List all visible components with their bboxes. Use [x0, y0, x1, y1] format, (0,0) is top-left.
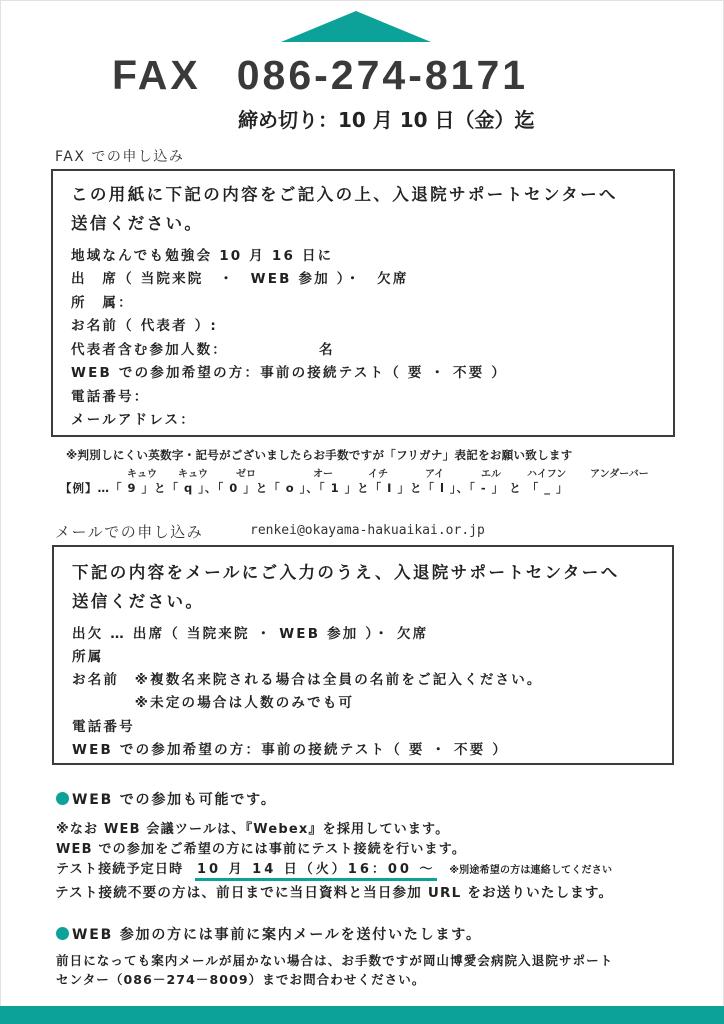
- reading-underbar: アンダーバー: [590, 465, 649, 480]
- mail-info-line-1: 前日になっても案内メールが届かない場合は、お手数ですが岡山博愛会病院入退院サポー…: [56, 951, 613, 969]
- web-info-line-2: WEB での参加をご希望の方には事前にテスト接続を行います。: [56, 838, 466, 857]
- web-info-line-1: ※なお WEB 会議ツールは、『Webex』を採用しています。: [56, 818, 449, 837]
- fax-section-label: FAX での申し込み: [55, 146, 184, 166]
- fax-lead-line-1: この用紙に下記の内容をご記入の上、入退院サポートセンターへ: [71, 181, 618, 205]
- test-note: ※別途希望の方は連絡してください: [449, 865, 612, 876]
- reading-q: キュウ: [178, 465, 208, 480]
- reading-l: エル: [481, 465, 501, 480]
- fax-item-web-test[interactable]: WEB での参加希望の方：事前の接続テスト（ 要 ・ 不要 ）: [71, 361, 507, 381]
- reading-9: キュウ: [127, 465, 157, 480]
- mail-form-box: 下記の内容をメールにご入力のうえ、入退院サポートセンターへ 送信ください。 出欠…: [52, 545, 674, 765]
- mail-lead-line-1: 下記の内容をメールにご入力のうえ、入退院サポートセンターへ: [72, 559, 620, 583]
- mail-item-phone: 電話番号: [72, 715, 135, 735]
- bullet-dot-icon: [56, 792, 69, 805]
- web-info-heading: WEB での参加も可能です。: [56, 789, 277, 809]
- test-datetime: 10 月 14 日（火）16：00 ～: [195, 862, 437, 881]
- reading-0: ゼロ: [236, 465, 256, 480]
- test-label: テスト接続予定日時: [56, 862, 183, 877]
- web-info-heading-text: WEB での参加も可能です。: [72, 792, 277, 808]
- mail-section-label: メールでの申し込み: [55, 521, 203, 542]
- fax-lead-line-2: 送信ください。: [71, 210, 203, 234]
- fax-item-email[interactable]: メールアドレス：: [71, 408, 196, 428]
- header-triangle-decoration: [281, 11, 431, 42]
- mail-address-link[interactable]: renkei@okayama-hakuaikai.or.jp: [250, 523, 485, 538]
- mail-item-attendance: 出欠 … 出席（ 当院来院 ・ WEB 参加 ）・ 欠席: [72, 622, 428, 642]
- footer-accent-bar: [0, 1006, 724, 1024]
- reading-o: オー: [313, 465, 333, 480]
- fax-number-title: FAX086-274-8171: [112, 52, 528, 99]
- fax-item-event: 地域なんでも勉強会 10 月 16 日に: [71, 244, 333, 264]
- reading-1: イチ: [368, 465, 388, 480]
- fax-label: FAX: [112, 52, 201, 98]
- reading-I: アイ: [425, 465, 444, 480]
- furigana-note: ※判別しにくい英数字・記号がございましたらお手数ですが「フリガナ」表記をお願い致…: [66, 447, 573, 463]
- test-connection-row: テスト接続予定日時 10 月 14 日（火）16：00 ～ ※別途希望の方は連絡…: [56, 858, 612, 877]
- deadline: 締め切り：10 月 10 日（金）迄: [238, 104, 535, 133]
- fax-item-attendance[interactable]: 出 席（ 当院来院 ・ WEB 参加 ）・ 欠席: [71, 267, 409, 287]
- bullet-dot-icon: [56, 927, 69, 940]
- reading-hyphen: ハイフン: [527, 465, 566, 480]
- fax-number: 086-274-8171: [237, 52, 528, 98]
- fax-item-affiliation[interactable]: 所 属：: [71, 291, 134, 311]
- mail-info-heading: WEB 参加の方には事前に案内メールを送付いたします。: [56, 924, 482, 944]
- fax-item-name[interactable]: お名前（ 代表者 ）:: [71, 314, 218, 334]
- mail-info-line-2: センター（086－274－8009）までお問合わせください。: [56, 970, 425, 988]
- mail-info-heading-text: WEB 参加の方には事前に案内メールを送付いたします。: [72, 927, 482, 943]
- fax-form-box: この用紙に下記の内容をご記入の上、入退院サポートセンターへ 送信ください。 地域…: [51, 169, 675, 437]
- mail-item-web-test: WEB での参加希望の方：事前の接続テスト（ 要 ・ 不要 ）: [72, 738, 508, 758]
- mail-item-affiliation: 所属: [72, 645, 103, 665]
- mail-item-name: お名前 ※複数名来院される場合は全員の名前をご記入ください。: [72, 668, 543, 688]
- furigana-example: 【例】…「 9 」と「 q 」、「 0 」と「 o 」、「 1 」と「 I 」と…: [60, 480, 568, 496]
- mail-item-name-note: ※未定の場合は人数のみでも可: [72, 691, 354, 711]
- fax-count-unit: 名: [319, 338, 335, 358]
- mail-lead-line-2: 送信ください。: [72, 588, 204, 612]
- fax-item-phone[interactable]: 電話番号：: [71, 385, 150, 405]
- fax-item-participant-count[interactable]: 代表者含む参加人数：: [71, 338, 228, 358]
- web-info-line-4: テスト接続不要の方は、前日までに当日資料と当日参加 URL をお送りいたします。: [55, 881, 613, 901]
